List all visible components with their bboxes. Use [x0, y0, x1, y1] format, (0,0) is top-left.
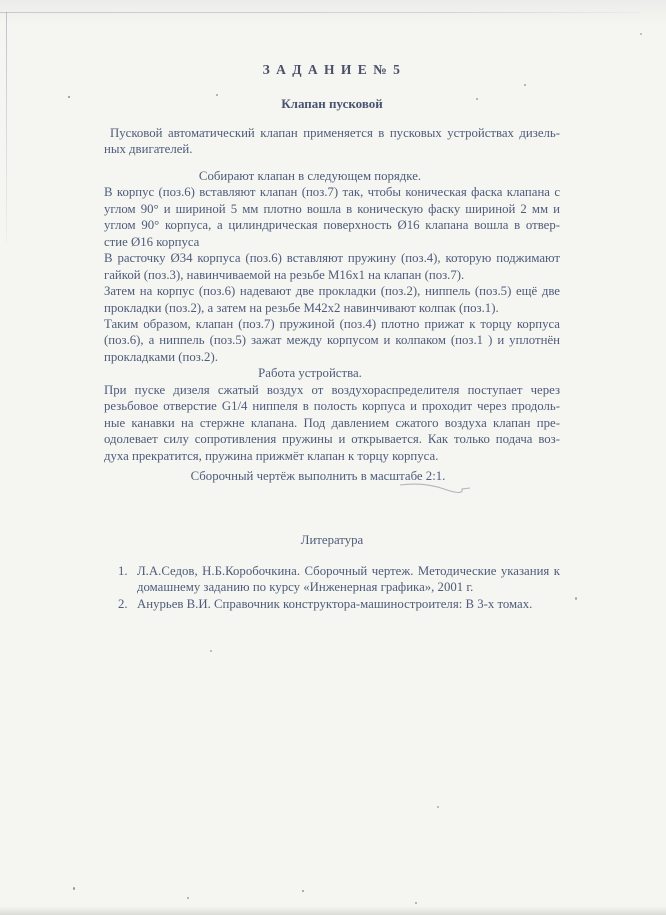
scan-speck — [210, 650, 212, 652]
intro-paragraph: Пусковой автоматический клапан применяет… — [104, 125, 560, 158]
assignment-title: З А Д А Н И Е № 5 — [104, 61, 560, 78]
assembly-line: углом 90° и шириной 5 мм плотно вошла в … — [104, 201, 560, 217]
scan-speck — [187, 897, 189, 899]
scan-speck — [73, 887, 75, 890]
item-number: 1. — [118, 563, 128, 579]
text-line: ных двигателей. — [104, 141, 560, 157]
assembly-line: углом 90° корпуса, а цилиндрическая пове… — [104, 217, 560, 233]
operation-line: одолевает силу сопротивления пружины и о… — [104, 431, 560, 447]
assembly-line: прокладки (поз.2), а затем на резьбе М42… — [104, 300, 560, 316]
literature-heading: Литература — [104, 532, 560, 548]
literature-item: 2. Анурьев В.И. Справочник конструктора-… — [104, 596, 560, 612]
item-number: 2. — [118, 596, 128, 612]
literature-item: 1. Л.А.Седов, Н.Б.Коробочкина. Сборочный… — [104, 563, 560, 596]
operation-line: При пуске дизеля сжатый воздух от воздух… — [104, 382, 560, 398]
assembly-line: (поз.6), а ниппель (поз.5) зажат между к… — [104, 332, 560, 348]
scan-speck — [415, 902, 417, 904]
scan-speck — [575, 597, 577, 600]
item-line: домашнему заданию по курсу «Инженерная г… — [137, 579, 560, 595]
literature-list: 1. Л.А.Седов, Н.Б.Коробочкина. Сборочный… — [104, 563, 560, 612]
document-page: З А Д А Н И Е № 5 Клапан пусковой Пусков… — [0, 0, 666, 915]
assembly-line: Таким образом, клапан (поз.7) пружиной (… — [104, 316, 560, 332]
item-line: Анурьев В.И. Справочник конструктора-маш… — [137, 596, 560, 612]
item-line: Л.А.Седов, Н.Б.Коробочкина. Сборочный че… — [137, 563, 560, 579]
main-text-block: Собирают клапан в следующем порядке. В к… — [104, 168, 560, 464]
scan-speck — [437, 806, 439, 808]
operation-line: ные канавки на стержне клапана. Под давл… — [104, 415, 560, 431]
assembly-heading: Собирают клапан в следующем порядке. — [82, 168, 538, 184]
assembly-line: Затем на корпус (поз.6) надевают две про… — [104, 283, 560, 299]
assembly-line: гайкой (поз.3), навинчиваемой на резьбе … — [104, 267, 560, 283]
operation-line: духа прекратится, пружина прижмёт клапан… — [104, 448, 560, 464]
text-line: Пусковой автоматический клапан применяет… — [104, 125, 560, 141]
scan-speck — [68, 96, 70, 98]
scan-edge-left — [6, 12, 7, 242]
document-content: З А Д А Н И Е № 5 Клапан пусковой Пусков… — [104, 0, 560, 612]
operation-line: резьбовое отверстие G1/4 ниппеля в полос… — [104, 398, 560, 414]
assembly-line: прокладками (поз.2). — [104, 349, 560, 365]
assembly-line: В корпус (поз.6) вставляют клапан (поз.7… — [104, 184, 560, 200]
scan-speck — [302, 890, 304, 892]
valve-subtitle: Клапан пусковой — [104, 95, 560, 112]
assembly-line: стие Ø16 корпуса — [104, 234, 560, 250]
operation-heading: Работа устройства. — [82, 365, 538, 381]
assembly-line: В расточку Ø34 корпуса (поз.6) вставляют… — [104, 250, 560, 266]
scan-speck — [640, 33, 642, 35]
scale-note: Сборочный чертёж выполнить в масштабе 2:… — [90, 468, 546, 484]
